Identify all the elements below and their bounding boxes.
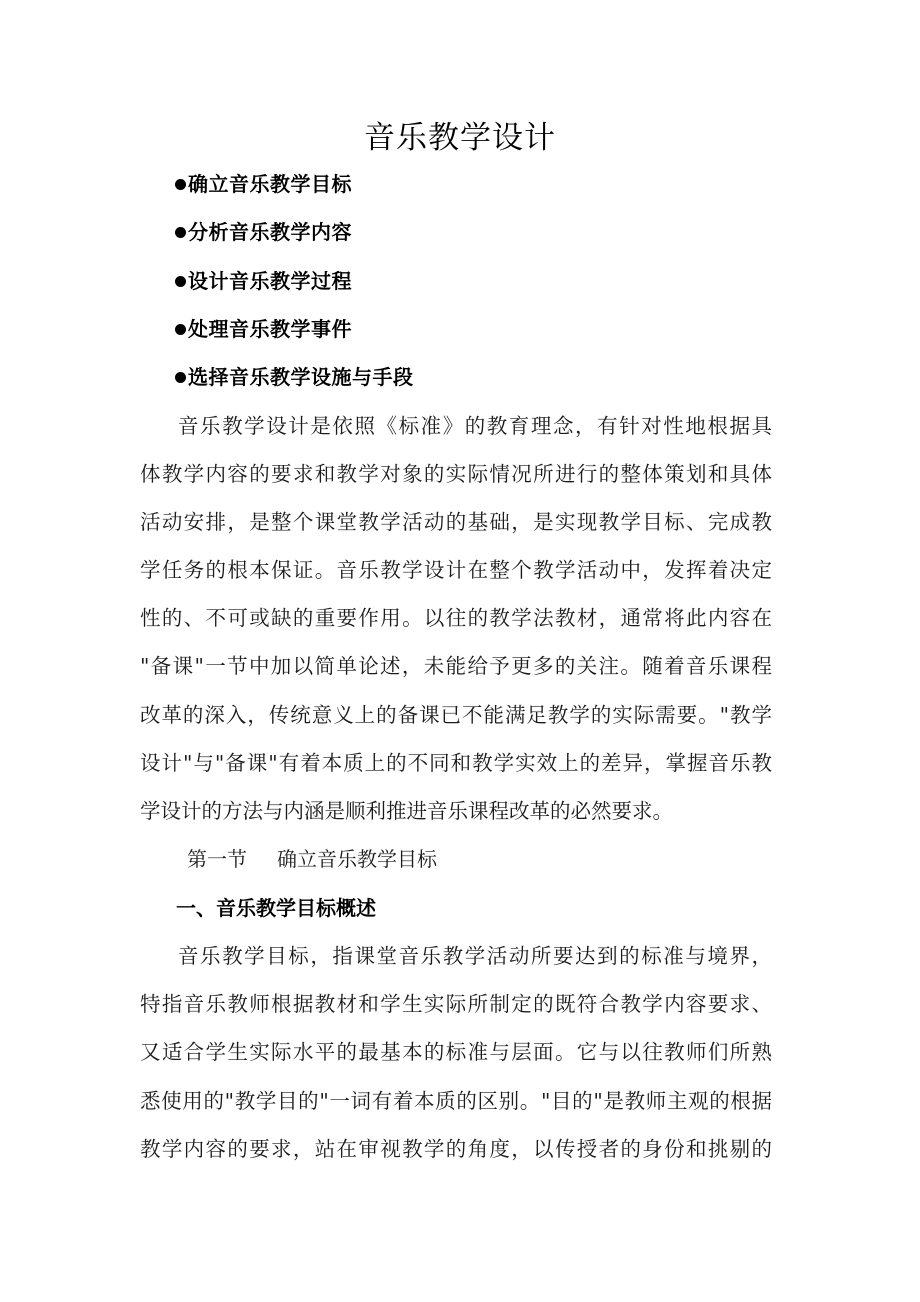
bullet-item: 确立音乐教学目标 [175,169,352,199]
goal-paragraph-line: 悉使用的"教学目的"一词有着本质的区别。"目的"是教师主观的根据 [140,1086,772,1116]
goal-paragraph-line: 特指音乐教师根据教材和学生实际所制定的既符合教学内容要求、 [140,989,772,1019]
bullet-dot-icon [175,324,186,335]
section-number: 第一节 [187,847,247,871]
bullet-dot-icon [175,227,186,238]
bullet-text: 确立音乐教学目标 [188,172,352,196]
intro-paragraph-line: "备课"一节中加以简单论述，未能给予更多的关注。随着音乐课程 [140,651,772,681]
goal-paragraph-line: 教学内容的要求，站在审视教学的角度，以传授者的身份和挑剔的 [140,1134,772,1164]
intro-paragraph-line: 音乐教学设计是依照《标准》的教育理念，有针对性地根据具 [178,411,772,441]
bullet-text: 设计音乐教学过程 [188,269,352,293]
bullet-item: 选择音乐教学设施与手段 [175,362,414,392]
intro-paragraph-line: 改革的深入，传统意义上的备课已不能满足教学的实际需要。"教学 [140,700,772,730]
bullet-item: 设计音乐教学过程 [175,266,352,296]
bullet-item: 处理音乐教学事件 [175,314,352,344]
intro-paragraph-line: 性的、不可或缺的重要作用。以往的教学法教材，通常将此内容在 [140,603,772,633]
bullet-text: 选择音乐教学设施与手段 [188,365,414,389]
bullet-text: 处理音乐教学事件 [188,317,352,341]
intro-paragraph-line: 体教学内容的要求和教学对象的实际情况所进行的整体策划和具体 [140,459,772,489]
document-title: 音乐教学设计 [0,118,920,158]
intro-paragraph-line: 活动安排，是整个课堂教学活动的基础，是实现教学目标、完成教 [140,507,772,537]
bullet-dot-icon [175,372,186,383]
goal-paragraph-line: 音乐教学目标，指课堂音乐教学活动所要达到的标准与境界， [178,941,772,971]
intro-paragraph-line: 设计"与"备课"有着本质上的不同和教学实效上的差异，掌握音乐教 [140,748,772,778]
bullet-text: 分析音乐教学内容 [188,220,352,244]
section-title: 确立音乐教学目标 [277,847,437,871]
intro-paragraph-line: 学设计的方法与内涵是顺利推进音乐课程改革的必然要求。 [140,796,772,826]
subheading: 一、音乐教学目标概述 [176,893,376,923]
bullet-dot-icon [175,276,186,287]
intro-paragraph-line: 学任务的根本保证。音乐教学设计在整个教学活动中，发挥着决定 [140,555,772,585]
document-page: 音乐教学设计 确立音乐教学目标 分析音乐教学内容 设计音乐教学过程 处理音乐教学… [0,0,920,1302]
goal-paragraph-line: 又适合学生实际水平的最基本的标准与层面。它与以往教师们所熟 [140,1037,772,1067]
bullet-item: 分析音乐教学内容 [175,217,352,247]
section-heading: 第一节确立音乐教学目标 [187,844,437,874]
bullet-dot-icon [175,179,186,190]
